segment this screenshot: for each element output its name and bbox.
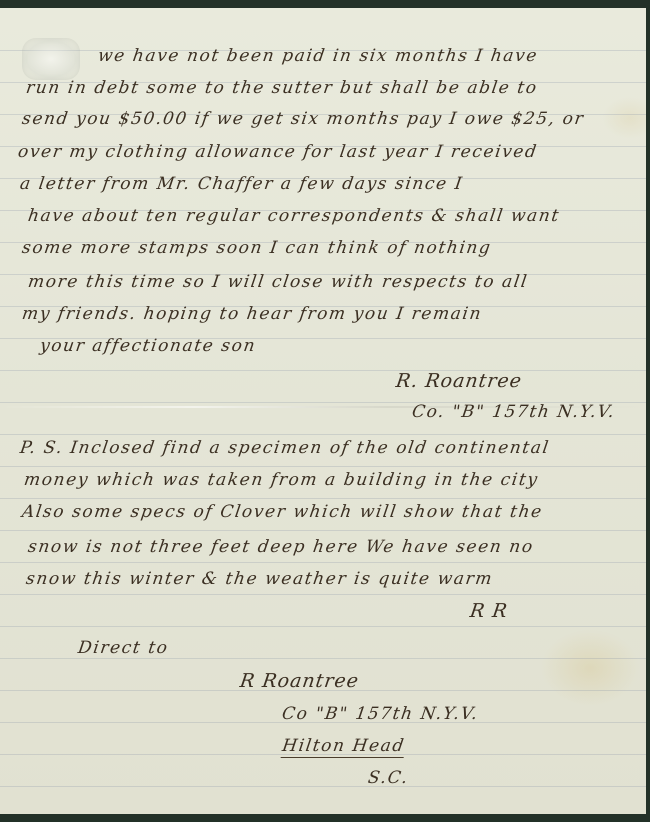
ruled-line: [0, 594, 646, 595]
ruled-line: [0, 466, 646, 467]
ruled-line: [0, 498, 646, 499]
address-name: R Roantree: [239, 672, 361, 691]
address-label: Direct to: [77, 640, 170, 657]
ruled-line: [0, 370, 646, 371]
letter-line: have about ten regular correspondents & …: [27, 208, 561, 225]
signature-unit: Co. "B" 157th N.Y.V.: [411, 404, 617, 421]
letter-line: run in debt some to the sutter but shall…: [25, 80, 539, 97]
letter-line: more this time so I will close with resp…: [27, 274, 529, 291]
embossed-stationery-mark: [22, 38, 80, 80]
ruled-line: [0, 786, 646, 787]
postscript-line: snow is not three feet deep here We have…: [27, 539, 535, 556]
letter-page: we have not been paid in six months I ha…: [0, 8, 646, 814]
postscript-initials: R R: [469, 602, 509, 621]
letter-line: my friends. hoping to hear from you I re…: [21, 306, 483, 323]
address-unit: Co "B" 157th N.Y.V.: [281, 706, 480, 723]
letter-line: we have not been paid in six months I ha…: [97, 48, 539, 65]
postscript-line: snow this winter & the weather is quite …: [25, 571, 494, 588]
address-place: Hilton Head: [281, 738, 406, 758]
ruled-line: [0, 562, 646, 563]
ruled-line: [0, 626, 646, 627]
postscript-line: Also some specs of Clover which will sho…: [21, 504, 544, 521]
signature-name: R. Roantree: [395, 372, 524, 391]
letter-line: send you $50.00 if we get six months pay…: [21, 111, 586, 128]
scan-background: we have not been paid in six months I ha…: [0, 0, 650, 822]
letter-line: some more stamps soon I can think of not…: [21, 240, 493, 257]
letter-line: your affectionate son: [39, 338, 257, 355]
postscript-line: money which was taken from a building in…: [23, 472, 540, 489]
address-state: S.C.: [367, 770, 410, 787]
ruled-line: [0, 434, 646, 435]
ruled-line: [0, 658, 646, 659]
letter-line: over my clothing allowance for last year…: [17, 144, 539, 161]
ruled-line: [0, 530, 646, 531]
letter-line: a letter from Mr. Chaffer a few days sin…: [19, 176, 464, 193]
postscript-line: P. S. Inclosed find a specimen of the ol…: [19, 440, 551, 457]
